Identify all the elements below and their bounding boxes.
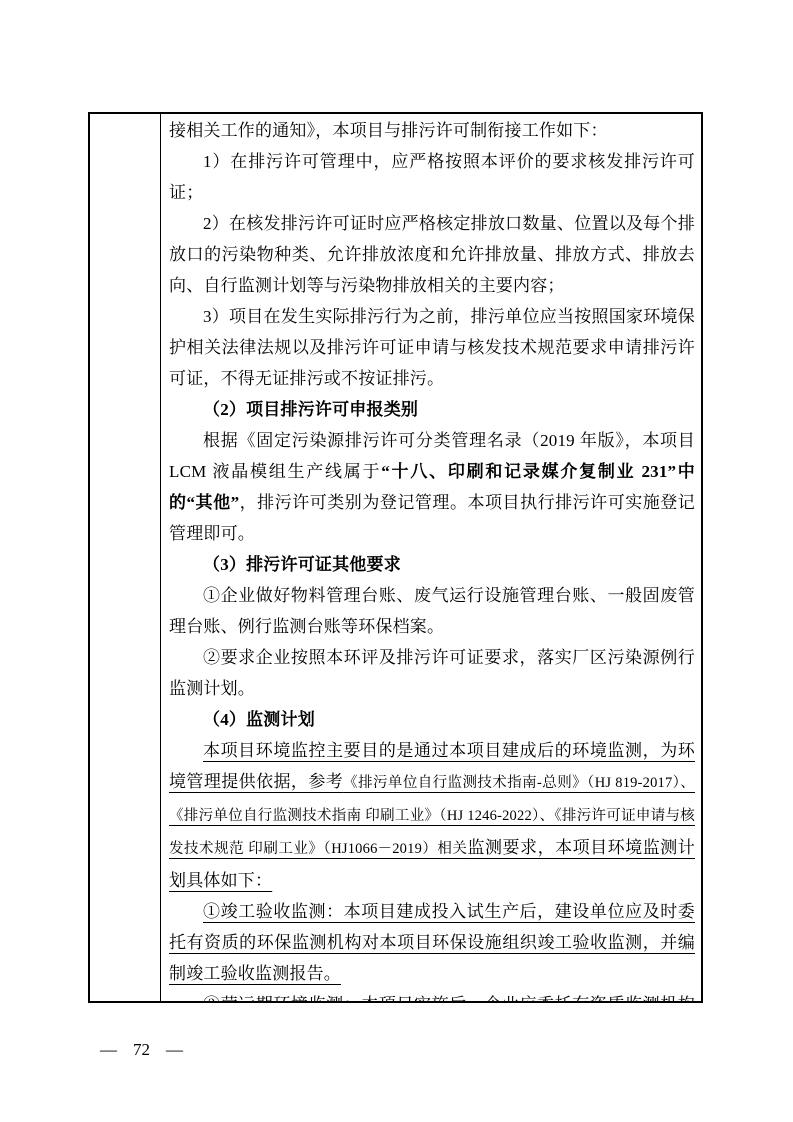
page-number: 72 xyxy=(133,1040,150,1060)
text-run: ②要求企业按照本环评及排污许可证要求，落实厂区污染源例行监测计划。 xyxy=(169,648,695,698)
text-run: ，排污许可类别为登记管理。本项目执行排污许可实施登记管理即可。 xyxy=(169,493,695,543)
text-run: 3）项目在发生实际排污行为之前，排污单位应当按照国家环境保护相关法律法规以及排污… xyxy=(169,307,695,388)
text-run: 1）在排污许可管理中，应严格按照本评价的要求核发排污许可证； xyxy=(169,152,695,202)
page-footer: — 72 — xyxy=(100,1040,183,1060)
bold-text-run: （3）排污许可证其他要求 xyxy=(203,555,401,574)
table-main-cell: 接相关工作的通知》，本项目与排污许可制衔接工作如下：1）在排污许可管理中，应严格… xyxy=(161,114,701,1001)
text-run: ①企业做好物料管理台账、废气运行设施管理台账、一般固废管理台账、例行监测台账等环… xyxy=(169,586,695,636)
bold-text-run: （2）项目排污许可申报类别 xyxy=(203,400,418,419)
paragraph: 根据《固定污染源排污许可分类管理名录（2019 年版》，本项目 LCM 液晶模组… xyxy=(169,425,695,549)
section-heading: （2）项目排污许可申报类别 xyxy=(169,394,695,425)
paragraph: ①竣工验收监测：本项目建成投入试生产后，建设单位应及时委托有资质的环保监测机构对… xyxy=(169,896,695,989)
text-run: ②营运期环境监测：本项目实施后，企业应委托有资质监测机构对污染源和环保设施运行情… xyxy=(169,995,695,1001)
paragraph: ②营运期环境监测：本项目实施后，企业应委托有资质监测机构对污染源和环保设施运行情… xyxy=(169,989,695,1001)
section-heading: （3）排污许可证其他要求 xyxy=(169,549,695,580)
section-heading: （4）监测计划 xyxy=(169,704,695,735)
paragraph: 2）在核发排污许可证时应严格核定排放口数量、位置以及每个排放口的污染物种类、允许… xyxy=(169,208,695,301)
paragraph: 1）在排污许可管理中，应严格按照本评价的要求核发排污许可证； xyxy=(169,146,695,208)
text-run: 2）在核发排污许可证时应严格核定排放口数量、位置以及每个排放口的污染物种类、允许… xyxy=(169,214,695,295)
paragraph: 3）项目在发生实际排污行为之前，排污单位应当按照国家环境保护相关法律法规以及排污… xyxy=(169,301,695,394)
paragraph: ①企业做好物料管理台账、废气运行设施管理台账、一般固废管理台账、例行监测台账等环… xyxy=(169,580,695,642)
footer-dash-left: — xyxy=(100,1040,117,1060)
table-stub-cell xyxy=(90,114,161,1001)
paragraph: 接相关工作的通知》，本项目与排污许可制衔接工作如下： xyxy=(169,115,695,146)
content-table: 接相关工作的通知》，本项目与排污许可制衔接工作如下：1）在排污许可管理中，应严格… xyxy=(88,112,703,1003)
text-run: 接相关工作的通知》，本项目与排污许可制衔接工作如下： xyxy=(169,121,608,140)
text-run: ①竣工验收监测：本项目建成投入试生产后，建设单位应及时委托有资质的环保监测机构对… xyxy=(169,902,695,983)
paragraph: 本项目环境监控主要目的是通过本项目建成后的环境监测，为环境管理提供依据，参考《排… xyxy=(169,735,695,896)
paragraph: ②要求企业按照本环评及排污许可证要求，落实厂区污染源例行监测计划。 xyxy=(169,642,695,704)
bold-text-run: （4）监测计划 xyxy=(203,710,315,729)
document-page: 接相关工作的通知》，本项目与排污许可制衔接工作如下：1）在排污许可管理中，应严格… xyxy=(0,0,793,1122)
footer-dash-right: — xyxy=(166,1040,183,1060)
